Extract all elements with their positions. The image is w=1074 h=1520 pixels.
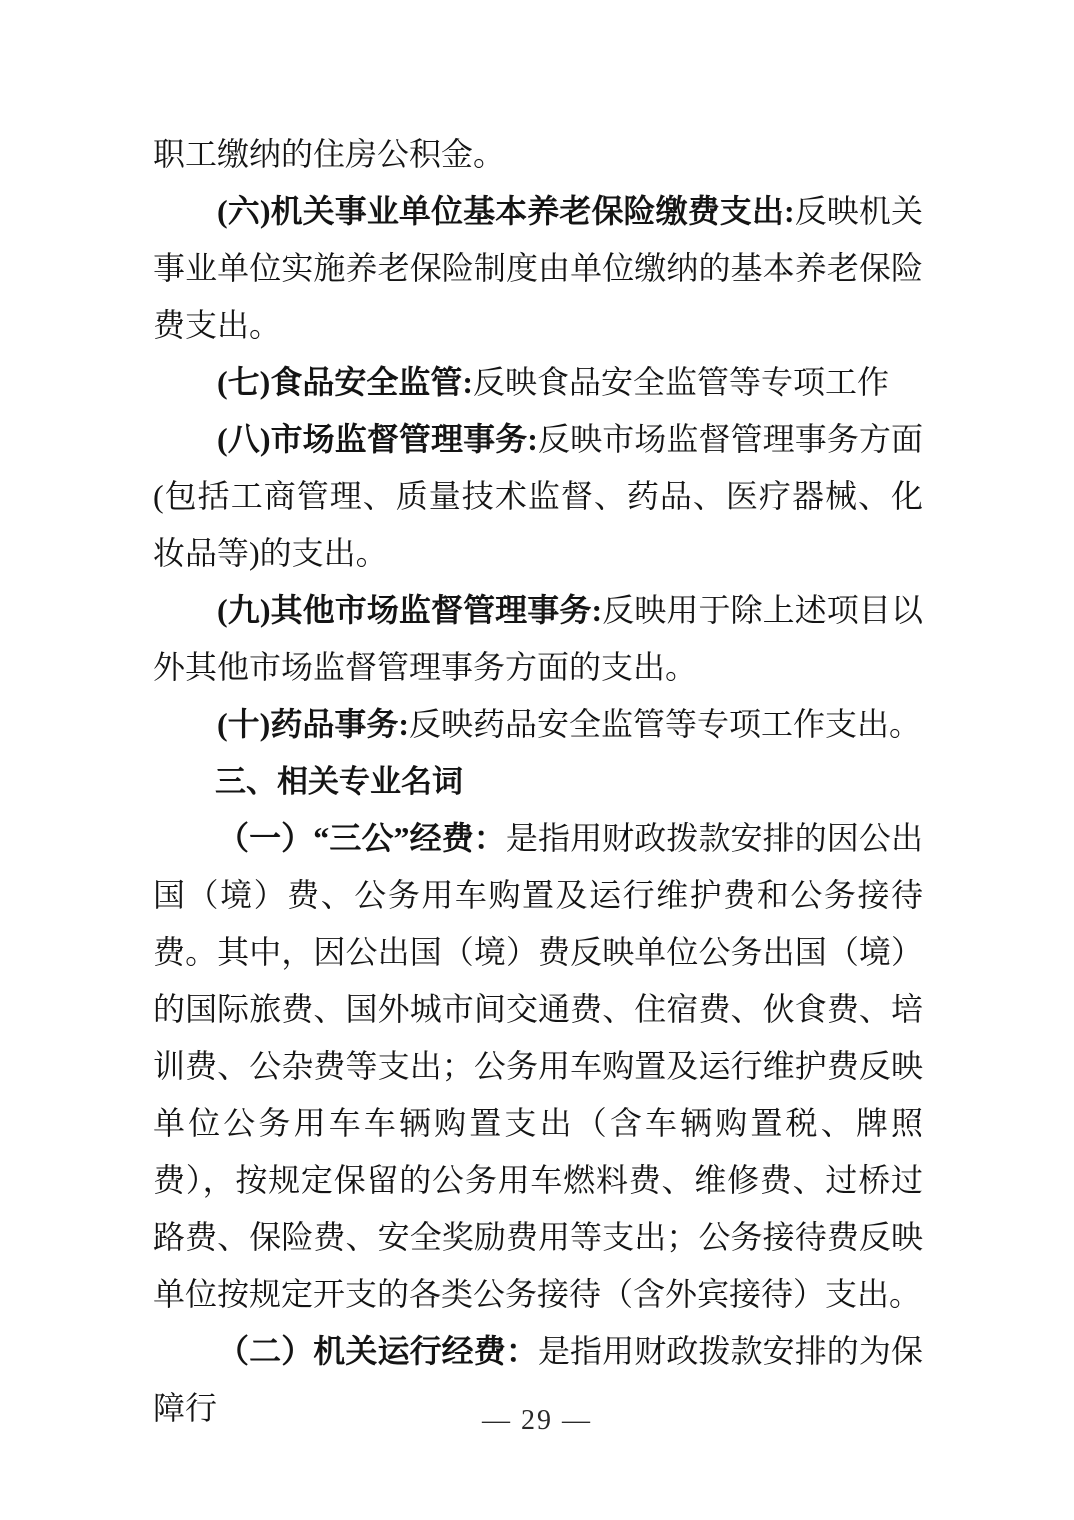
document-page: 职工缴纳的住房公积金。 (六)机关事业单位基本养老保险缴费支出:反映机关事业单位… — [0, 0, 1074, 1520]
page-number: — 29 — — [0, 1404, 1074, 1438]
paragraph-item-6: (六)机关事业单位基本养老保险缴费支出:反映机关事业单位实施养老保险制度由单位缴… — [153, 183, 923, 354]
paragraph-text: 反映药品安全监管等专项工作支出。 — [409, 706, 921, 742]
paragraph-item-term-1: （一）“三公”经费：是指用财政拨款安排的因公出国（境）费、公务用车购置及运行维护… — [153, 810, 923, 1323]
document-body: 职工缴纳的住房公积金。 (六)机关事业单位基本养老保险缴费支出:反映机关事业单位… — [153, 126, 923, 1437]
paragraph-item-7: (七)食品安全监管:反映食品安全监管等专项工作 — [153, 354, 923, 411]
term-label: (七)食品安全监管: — [217, 364, 473, 400]
paragraph-item-10: (十)药品事务:反映药品安全监管等专项工作支出。 — [153, 696, 923, 753]
term-label: (六)机关事业单位基本养老保险缴费支出: — [217, 193, 795, 229]
section-heading: 三、相关专业名词 — [153, 753, 923, 810]
term-label: （二）机关运行经费： — [217, 1333, 538, 1369]
paragraph-item-9: (九)其他市场监督管理事务:反映用于除上述项目以外其他市场监督管理事务方面的支出… — [153, 582, 923, 696]
paragraph-item-8: (八)市场监督管理事务:反映市场监督管理事务方面(包括工商管理、质量技术监督、药… — [153, 411, 923, 582]
paragraph-text: 职工缴纳的住房公积金。 — [153, 136, 505, 172]
term-label: （一）“三公”经费： — [217, 820, 506, 856]
term-label: (八)市场监督管理事务: — [217, 421, 538, 457]
paragraph-continuation: 职工缴纳的住房公积金。 — [153, 126, 923, 183]
paragraph-text: 反映食品安全监管等专项工作 — [473, 364, 889, 400]
term-label: (九)其他市场监督管理事务: — [217, 592, 602, 628]
term-label: (十)药品事务: — [217, 706, 409, 742]
paragraph-text: 是指用财政拨款安排的因公出国（境）费、公务用车购置及运行维护费和公务接待费。其中… — [153, 820, 923, 1312]
